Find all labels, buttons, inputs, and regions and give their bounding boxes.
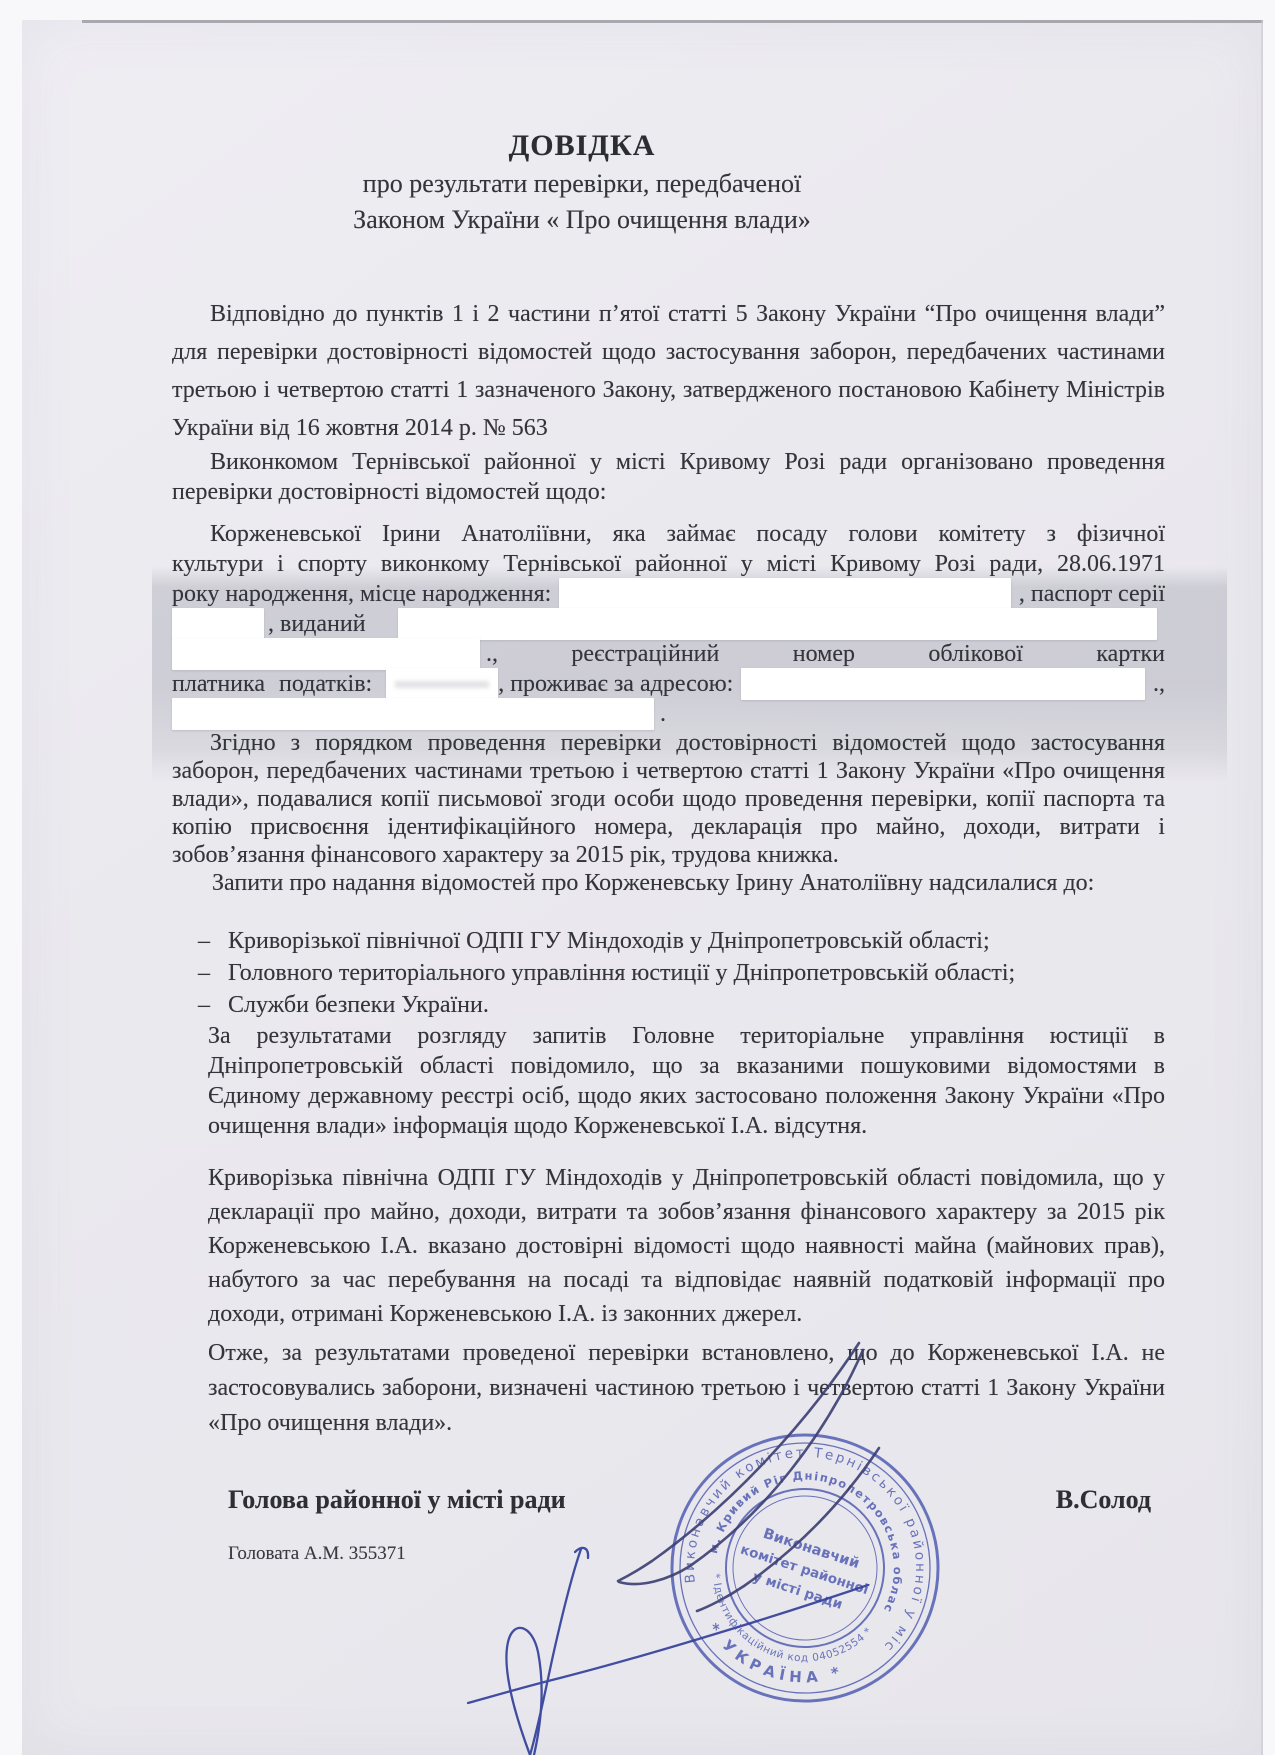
paragraph-justice-response: За результатами розгляду запитів Головне… bbox=[208, 1021, 1165, 1141]
signature-block: Голова районної у місті ради В.Солод bbox=[172, 1485, 1165, 1515]
paragraph-submitted-documents: Згідно з порядком проведення перевірки д… bbox=[172, 729, 1165, 869]
dash-bullet: – bbox=[198, 925, 228, 957]
passport-series-label: , паспорт серії bbox=[1019, 579, 1165, 609]
scanned-document: { "doc": { "title": "ДОВІДКА", "subtitle… bbox=[0, 0, 1275, 1755]
redaction-box-address-continued bbox=[172, 698, 654, 730]
list-item: – Криворізької північної ОДПІ ГУ Міндохо… bbox=[198, 925, 1165, 957]
list-item-text: Криворізької північної ОДПІ ГУ Міндоході… bbox=[228, 925, 990, 957]
list-item-text: Головного територіального управління юст… bbox=[228, 957, 1015, 989]
redaction-box-address bbox=[741, 668, 1145, 700]
signatory-name: В.Солод bbox=[1056, 1485, 1151, 1515]
document-page: ДОВІДКА про результати перевірки, передб… bbox=[22, 20, 1263, 1755]
dash-bullet: – bbox=[198, 989, 228, 1021]
document-title: ДОВІДКА bbox=[172, 126, 992, 166]
address-punctuation: ., bbox=[1153, 669, 1165, 699]
list-item: – Служби безпеки України. bbox=[198, 989, 1165, 1021]
list-item: – Головного територіального управління ю… bbox=[198, 957, 1165, 989]
paragraph-conclusion: Отже, за результатами проведеної перевір… bbox=[208, 1336, 1165, 1441]
redaction-box-issuer-continued bbox=[172, 638, 480, 670]
redaction-box-passport-series bbox=[172, 608, 264, 640]
paragraph-organizer: Виконкомом Тернівської районної у місті … bbox=[172, 447, 1165, 507]
redaction-box-passport-issuer bbox=[398, 608, 1157, 640]
signatory-position: Голова районної у місті ради bbox=[228, 1485, 566, 1515]
document-subtitle-line2: Законом України « Про очищення влади» bbox=[172, 202, 992, 238]
clerk-reference: Головата А.М. 355371 bbox=[228, 1543, 1165, 1565]
paragraph-requests-sent: Запити про надання відомостей про Коржен… bbox=[172, 869, 1165, 897]
dash-bullet: – bbox=[198, 957, 228, 989]
paragraph-legal-basis: Відповідно до пунктів 1 і 2 частини п’ят… bbox=[172, 295, 1165, 447]
recipients-list: – Криворізької північної ОДПІ ГУ Міндохо… bbox=[172, 925, 1165, 1021]
paragraph-person-details: Корженевської Ірини Анатоліївни, яка зай… bbox=[172, 519, 1165, 729]
tax-number-label: ., реєстраційний номер облікової картки bbox=[486, 639, 1165, 669]
taxpayer-label: платника податків: bbox=[172, 669, 372, 699]
issued-by-label: , виданий bbox=[268, 609, 366, 639]
final-period: . bbox=[660, 699, 666, 729]
address-label: , проживає за адресою: bbox=[498, 669, 733, 699]
redaction-box-birthplace bbox=[559, 578, 1011, 610]
paragraph-tax-response: Криворізька північна ОДПІ ГУ Міндоходів … bbox=[208, 1161, 1165, 1331]
person-line2: культури і спорту виконкому Тернівської … bbox=[172, 549, 1165, 579]
person-line1: Корженевської Ірини Анатоліївни, яка зай… bbox=[172, 519, 1165, 549]
document-header: ДОВІДКА про результати перевірки, передб… bbox=[172, 126, 992, 238]
list-item-text: Служби безпеки України. bbox=[228, 989, 489, 1021]
redaction-box-tax-number bbox=[386, 668, 498, 700]
birthplace-label: року народження, місце народження: bbox=[172, 579, 551, 609]
document-subtitle-line1: про результати перевірки, передбаченої bbox=[172, 166, 992, 202]
